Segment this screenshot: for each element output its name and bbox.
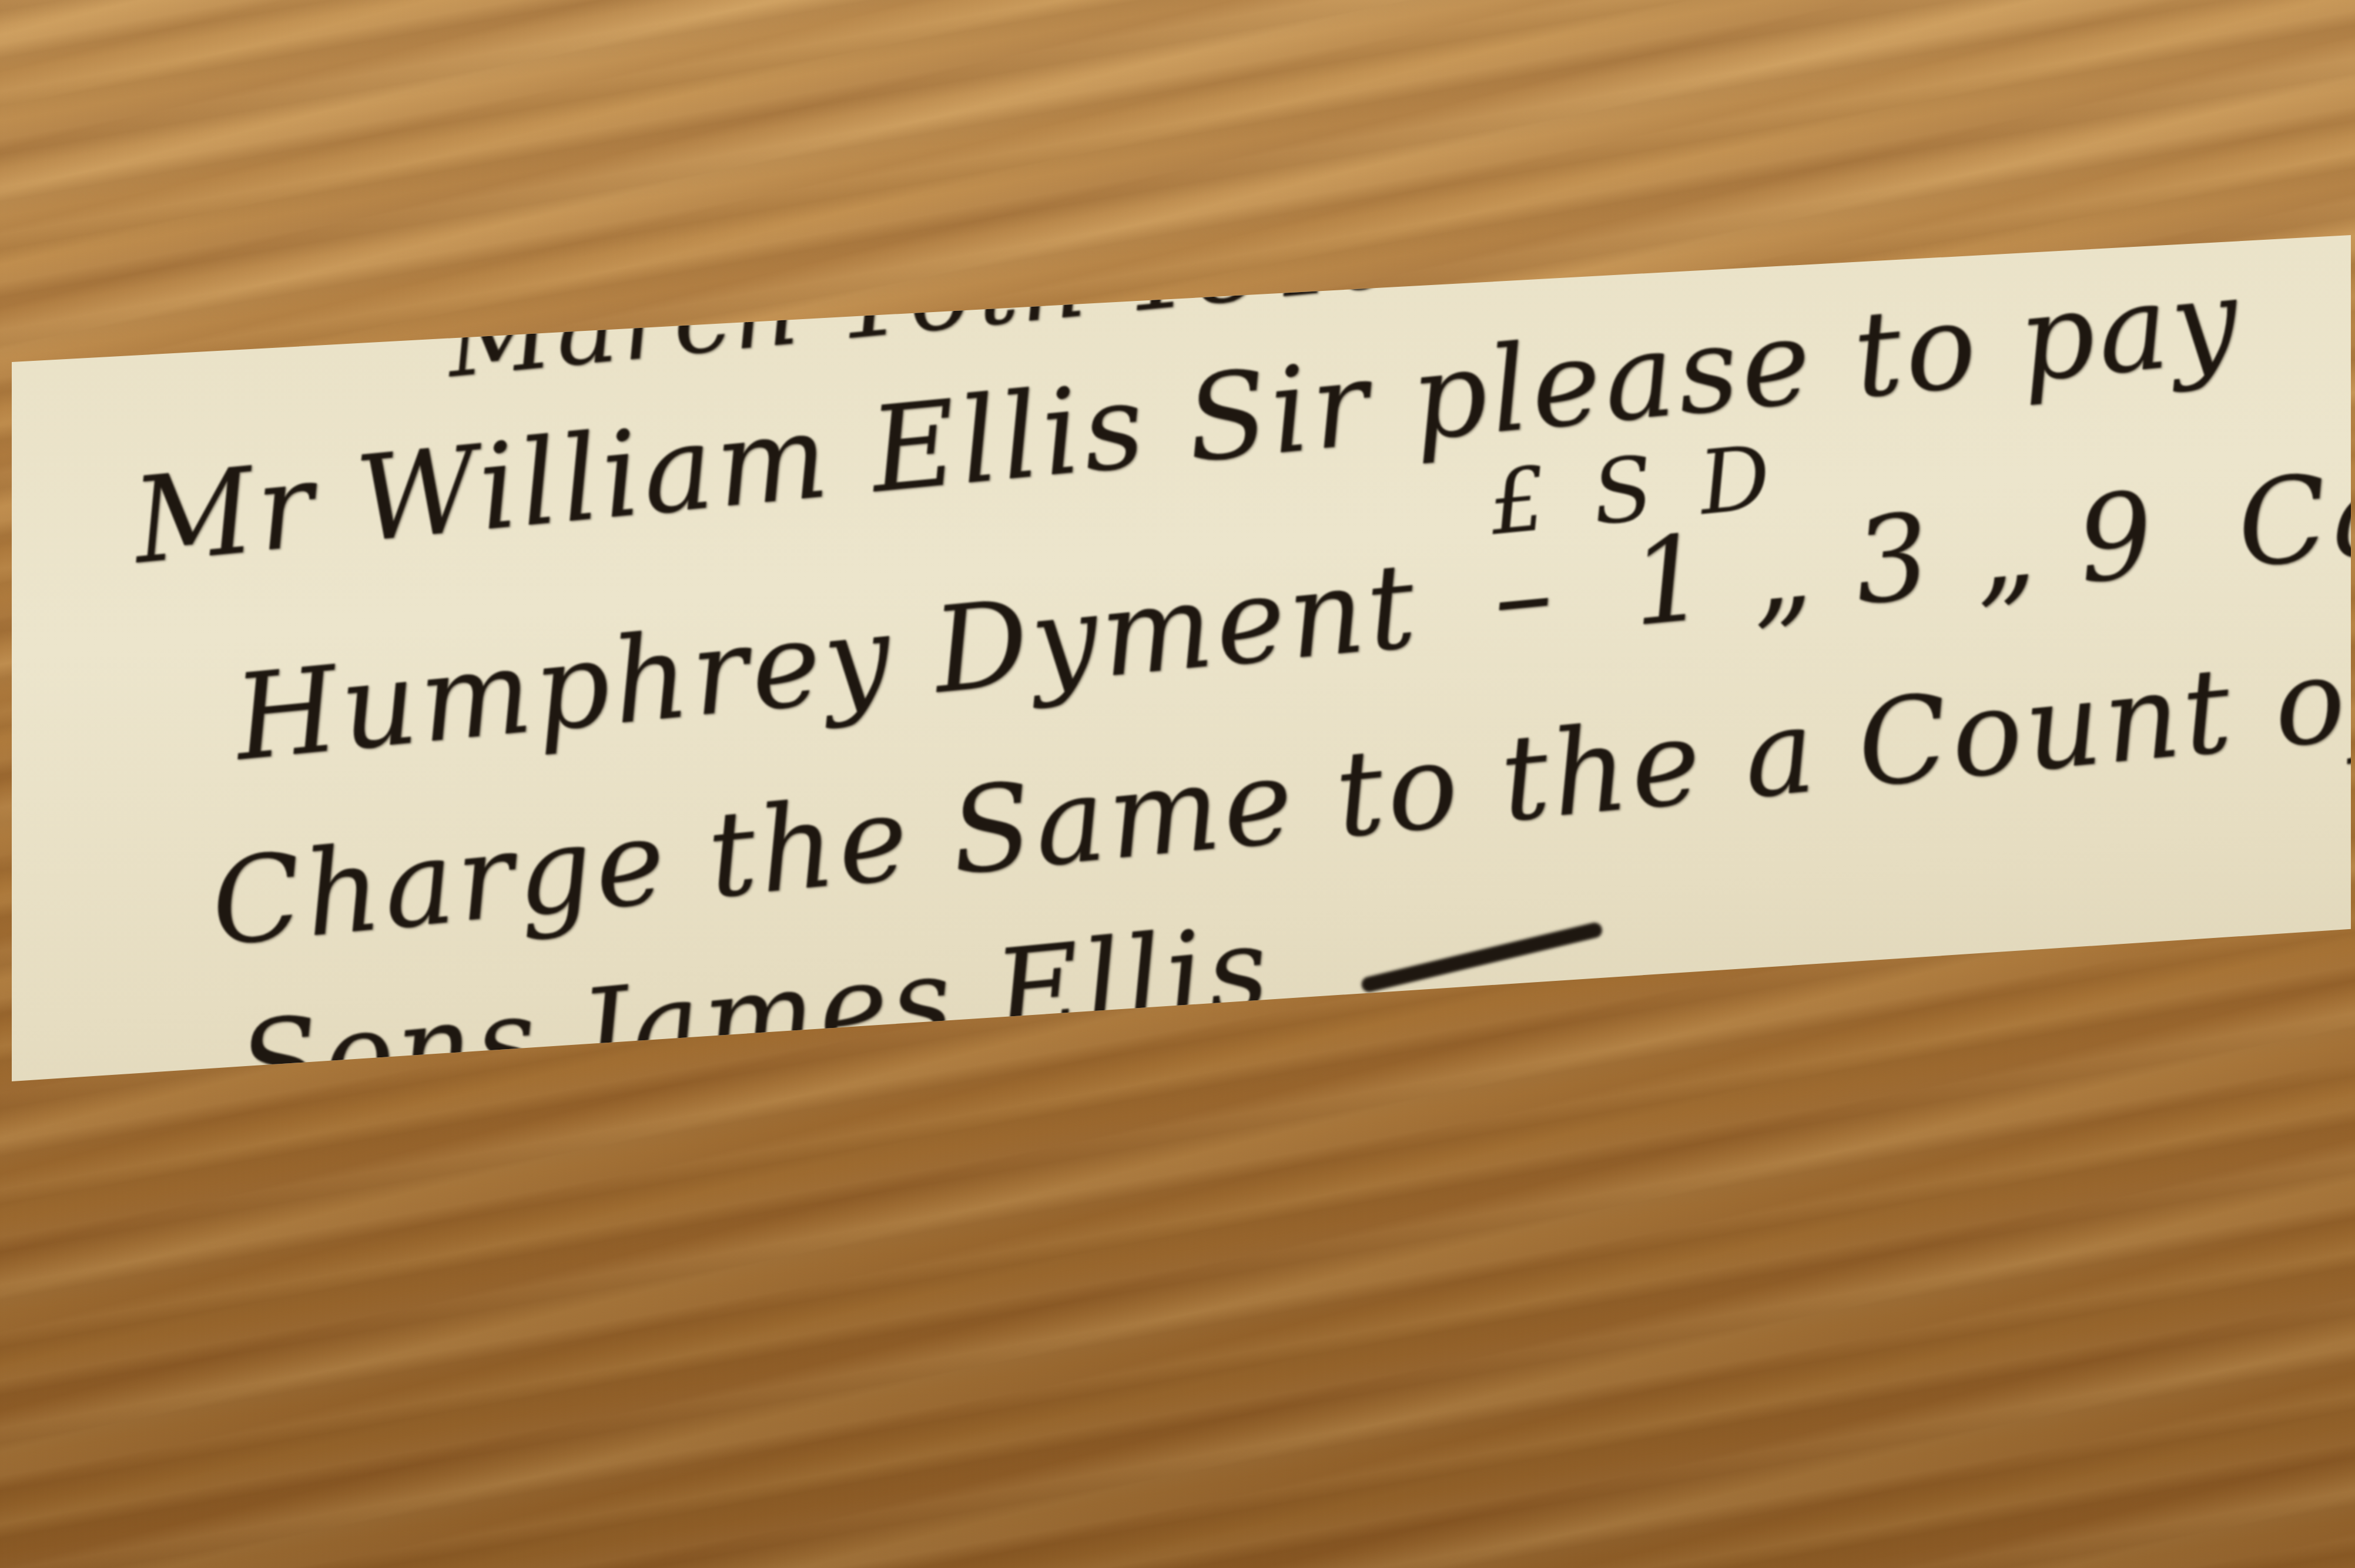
dash-separator: – xyxy=(1487,524,1562,666)
payment-method: Cash And xyxy=(2232,401,2355,594)
amount-pence: 9 xyxy=(2072,466,2163,610)
amount-shillings: 3 xyxy=(1848,488,1939,632)
ditto-mark: „ xyxy=(1967,474,2085,620)
amount-pounds: 1 xyxy=(1624,509,1716,653)
ditto-mark: „ xyxy=(1743,495,1861,642)
